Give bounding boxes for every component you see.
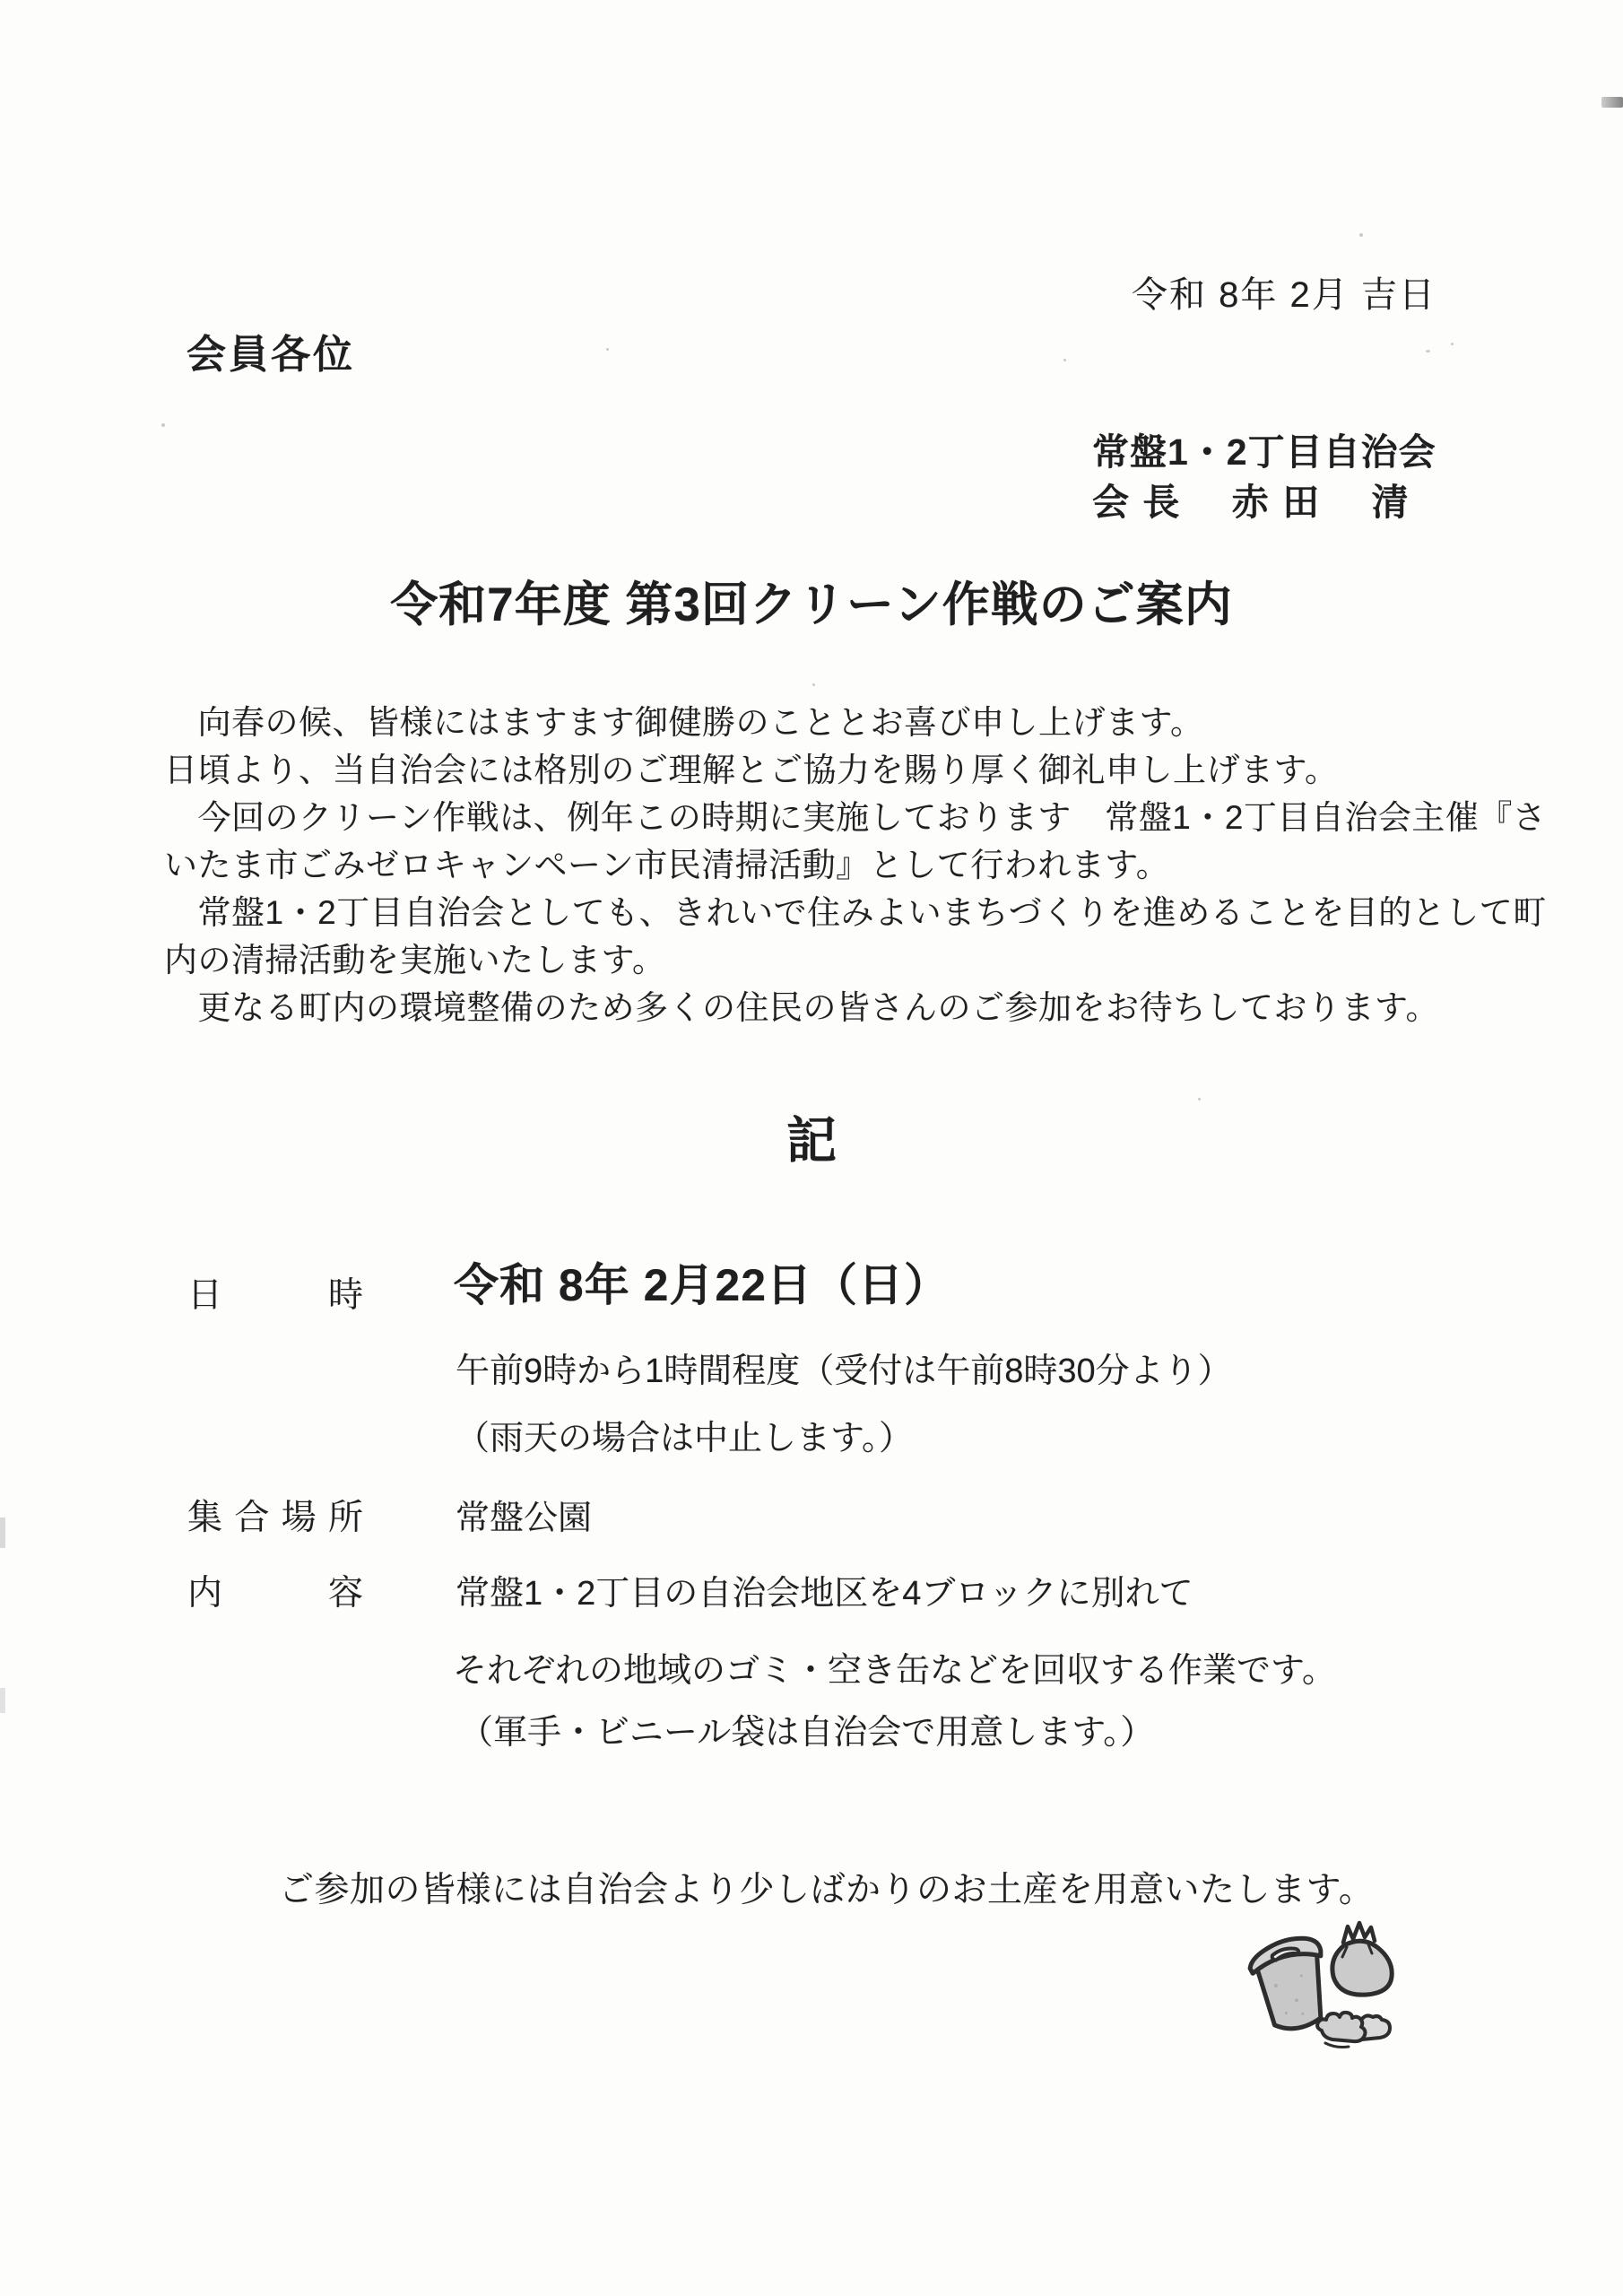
body-line: 更なる町内の環境整備のため多くの住民の皆さんのご参加をお待ちしております。 bbox=[164, 984, 1547, 1031]
note-time-detail: 午前9時から1時間程度（受付は午前8時30分より） bbox=[456, 1343, 1232, 1392]
scan-speck bbox=[1198, 1098, 1201, 1100]
body-line: 向春の候、皆様にはますます御健勝のこととお喜び申し上げます。 bbox=[164, 699, 1547, 746]
closing-line: ご参加の皆様には自治会より少しばかりのお土産を用意いたします。 bbox=[279, 1862, 1374, 1912]
scan-speck bbox=[606, 348, 609, 351]
label-content: 内 容 bbox=[187, 1565, 363, 1615]
scan-speck bbox=[161, 423, 165, 427]
sender-chairman-name: 会 長 赤 田 清 bbox=[1092, 473, 1410, 526]
recipient-line: 会員各位 bbox=[187, 322, 355, 379]
page-title: 令和7年度 第3回クリーン作戦のご案内 bbox=[390, 567, 1233, 635]
value-meeting-place: 常盤公園 bbox=[456, 1490, 592, 1539]
body-line: いたま市ごみゼロキャンペーン市民清掃活動』として行われます。 bbox=[164, 841, 1547, 889]
garbage-bag-icon bbox=[1332, 1923, 1392, 1995]
label-meeting-place: 集合場所 bbox=[187, 1490, 363, 1540]
value-datetime: 令和 8年 2月22日（日） bbox=[454, 1249, 950, 1314]
body-paragraphs: 向春の候、皆様にはますます御健勝のこととお喜び申し上げます。 日頃より、当自治会… bbox=[164, 699, 1547, 1031]
section-marker-ki: 記 bbox=[786, 1101, 837, 1173]
note-rain-cancel: （雨天の場合は中止します。） bbox=[456, 1410, 913, 1459]
date-line: 令和 8年 2月 吉日 bbox=[1132, 266, 1436, 317]
note-gloves-bags: （軍手・ビニール袋は自治会で用意します。） bbox=[459, 1704, 1154, 1753]
body-line: 常盤1・2丁目自治会としても、きれいで住みよいまちづくりを進めることを目的として… bbox=[164, 889, 1547, 936]
scan-speck bbox=[1063, 359, 1066, 361]
trash-can-bag-gloves-illustration bbox=[1243, 1918, 1404, 2059]
body-line: 日頃より、当自治会には格別のご理解とご協力を賜り厚く御礼申し上げます。 bbox=[164, 746, 1547, 794]
label-meeting-place-text: 集合場所 bbox=[187, 1490, 363, 1540]
scan-speck bbox=[812, 683, 815, 686]
value-content: 常盤1・2丁目の自治会地区を4ブロックに別れて bbox=[456, 1565, 1193, 1614]
scan-speck bbox=[1426, 350, 1430, 352]
label-datetime-text: 日 時 bbox=[187, 1267, 363, 1318]
scan-speck bbox=[1451, 343, 1454, 345]
note-collection-work: それぞれの地域のゴミ・空き缶などを回収する作業です。 bbox=[453, 1642, 1336, 1692]
scan-speck bbox=[1359, 233, 1363, 237]
scan-smudge bbox=[1601, 97, 1623, 108]
scanned-notice-page: 令和 8年 2月 吉日 会員各位 常盤1・2丁目自治会 会 長 赤 田 清 令和… bbox=[0, 0, 1623, 2296]
scan-smudge bbox=[0, 1688, 5, 1713]
scan-smudge bbox=[0, 1518, 5, 1548]
gloves-icon bbox=[1317, 2013, 1390, 2048]
body-line: 今回のクリーン作戦は、例年この時期に実施しております 常盤1・2丁目自治会主催『… bbox=[164, 794, 1547, 841]
label-content-text: 内 容 bbox=[187, 1565, 363, 1615]
label-datetime: 日 時 bbox=[187, 1267, 363, 1318]
sender-organization: 常盤1・2丁目自治会 bbox=[1092, 422, 1436, 475]
body-line: 内の清掃活動を実施いたします。 bbox=[164, 936, 1547, 984]
